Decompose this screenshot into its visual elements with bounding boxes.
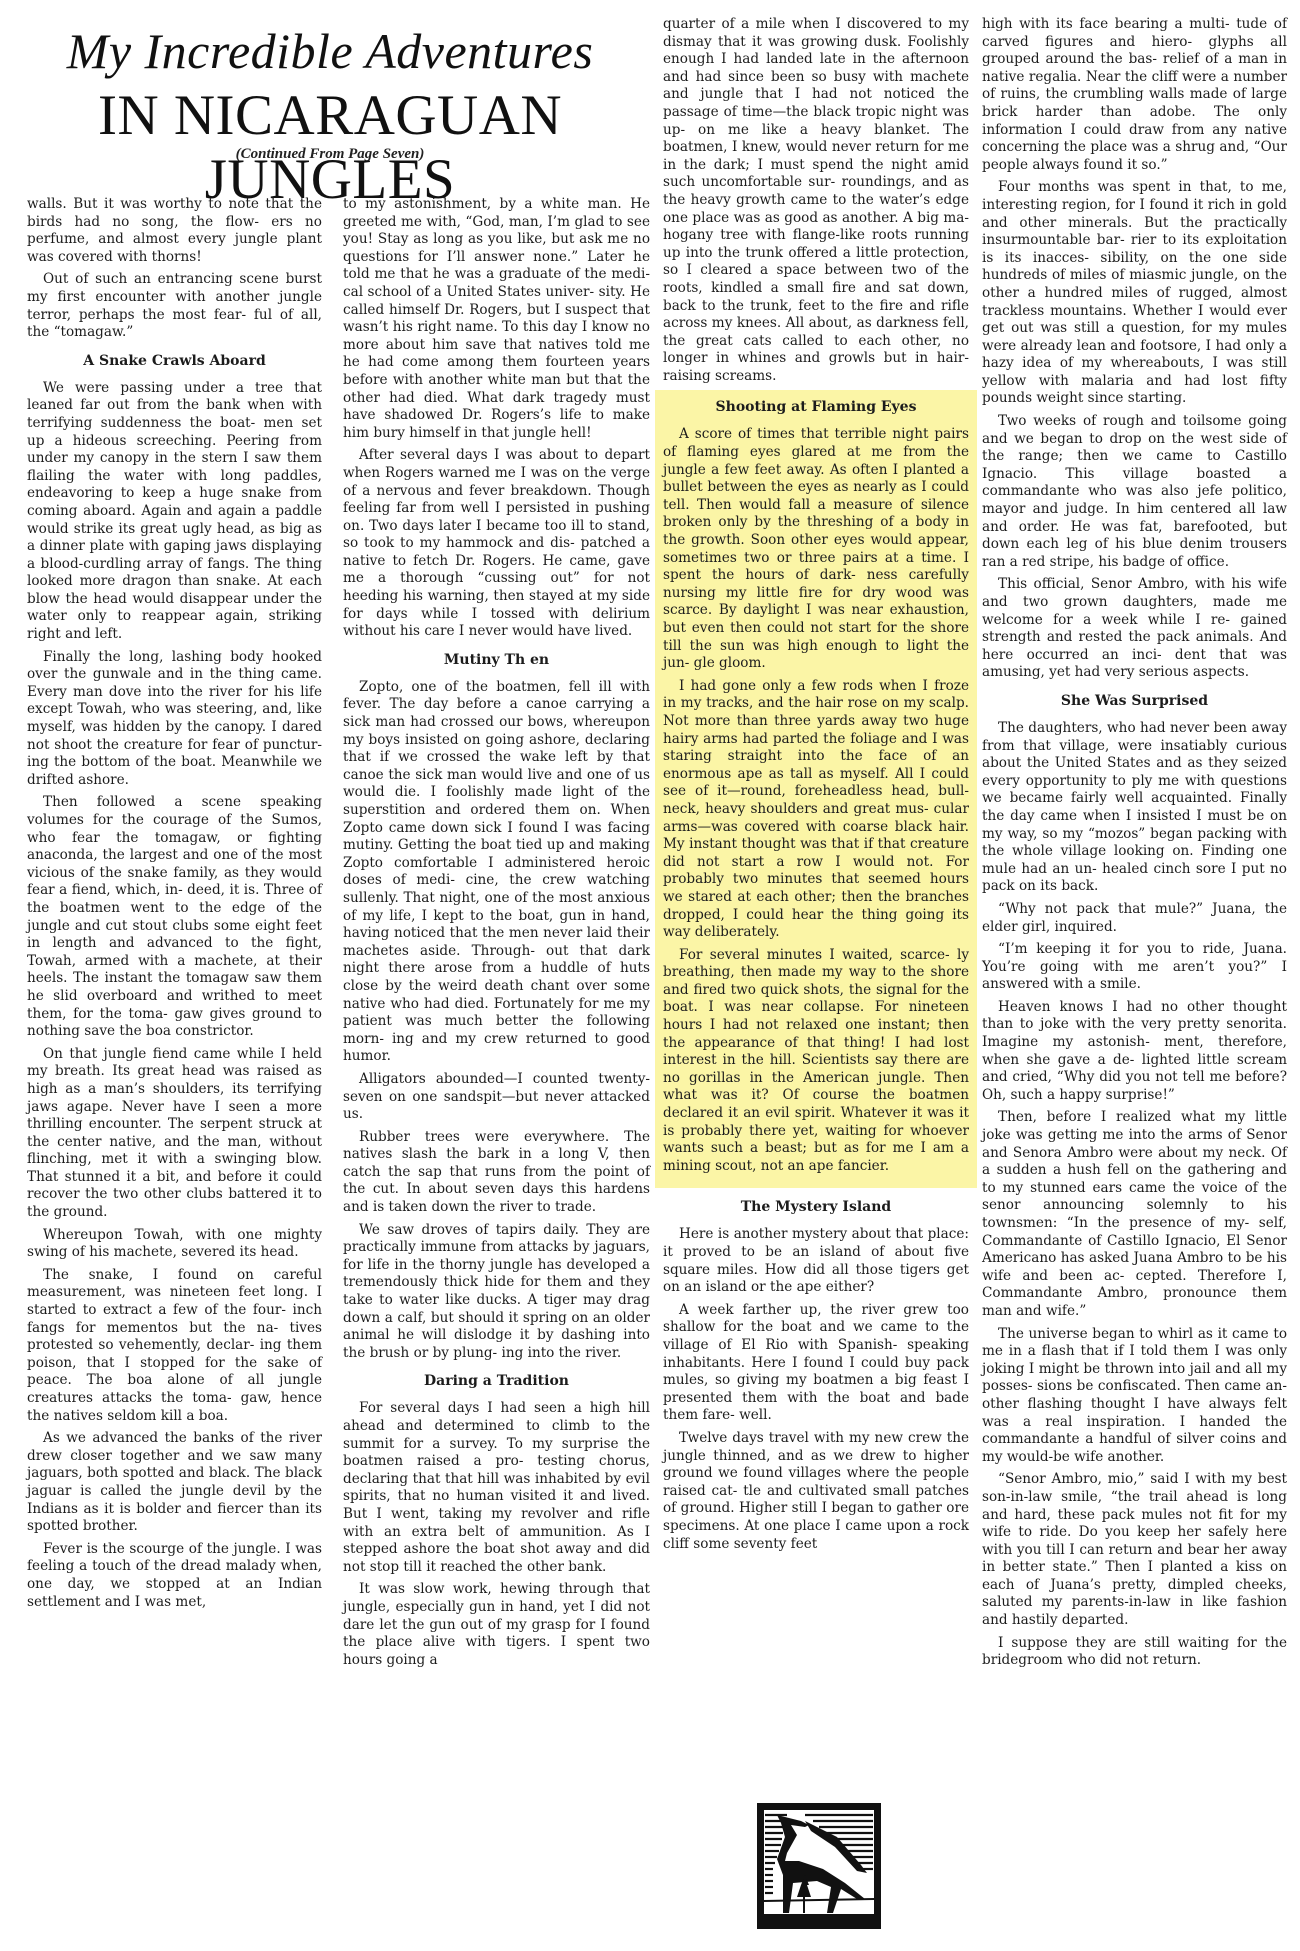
paragraph: Then followed a scene speaking volumes f… — [27, 794, 322, 1040]
paragraph: Finally the long, lashing body hooked ov… — [27, 649, 322, 790]
paragraph: walls. But it was worthy to note that th… — [27, 196, 322, 266]
paragraph: The universe began to whirl as it came t… — [982, 1326, 1287, 1467]
continued-from-note: (Continued From Page Seven) — [0, 144, 660, 164]
paragraph: Zopto, one of the boatmen, fell ill with… — [343, 679, 650, 1066]
highlighted-passage: Shooting at Flaming Eyes A score of time… — [655, 390, 977, 1188]
subheading-she-was-surprised: She Was Surprised — [982, 692, 1287, 710]
paragraph: Heaven knows I had no other thought than… — [982, 999, 1287, 1105]
antelope-woodcut-illustration — [757, 1803, 881, 1929]
subheading-daring-a-tradition: Daring a Tradition — [343, 1372, 650, 1390]
column-2: to my astonishment, by a white man. He g… — [343, 196, 650, 1674]
paragraph: “Why not pack that mule?” Juana, the eld… — [982, 901, 1287, 936]
subheading-mutiny: Mutiny Th en — [343, 651, 650, 669]
paragraph: Out of such an entrancing scene burst my… — [27, 271, 322, 341]
paragraph: We saw droves of tapirs daily. They are … — [343, 1222, 650, 1363]
paragraph: Here is another mystery about that place… — [663, 1226, 969, 1296]
paragraph: Whereupon Towah, with one mighty swing o… — [27, 1227, 322, 1262]
paragraph: “I’m keeping it for you to ride, Juana. … — [982, 941, 1287, 994]
paragraph: Rubber trees were everywhere. The native… — [343, 1129, 650, 1217]
paragraph: A week farther up, the river grew too sh… — [663, 1302, 969, 1425]
paragraph: This official, Senor Ambro, with his wif… — [982, 576, 1287, 682]
paragraph: quarter of a mile when I discovered to m… — [663, 16, 969, 385]
paragraph: We were passing under a tree that leaned… — [27, 380, 322, 644]
column-3: quarter of a mile when I discovered to m… — [663, 16, 969, 1558]
paragraph: to my astonishment, by a white man. He g… — [343, 196, 650, 442]
paragraph: For several minutes I waited, scarce- ly… — [663, 947, 969, 1176]
paragraph: As we advanced the banks of the river dr… — [27, 1430, 322, 1536]
paragraph: After several days I was about to depart… — [343, 447, 650, 641]
paragraph: For several days I had seen a high hill … — [343, 1400, 650, 1576]
paragraph: Two weeks of rough and toilsome going an… — [982, 413, 1287, 571]
paragraph: A score of times that terrible night pai… — [663, 426, 969, 672]
paragraph: Alligators abounded—I counted twenty-sev… — [343, 1071, 650, 1124]
paragraph: high with its face bearing a multi- tude… — [982, 16, 1287, 174]
subheading-mystery-island: The Mystery Island — [663, 1198, 969, 1216]
headline-kicker: My Incredible Adventures — [0, 22, 660, 80]
paragraph: It was slow work, hewing through that ju… — [343, 1581, 650, 1669]
paragraph: Four months was spent in that, to me, in… — [982, 179, 1287, 408]
paragraph: I suppose they are still waiting for the… — [982, 1635, 1287, 1670]
paragraph: Fever is the scourge of the jungle. I wa… — [27, 1541, 322, 1611]
antelope-icon — [757, 1803, 881, 1929]
paragraph: “Senor Ambro, mio,” said I with my best … — [982, 1471, 1287, 1629]
paragraph: The daughters, who had never been away f… — [982, 720, 1287, 896]
column-1: walls. But it was worthy to note that th… — [27, 196, 322, 1616]
paragraph: Then, before I realized what my little j… — [982, 1109, 1287, 1320]
subheading-shooting-at-flaming-eyes: Shooting at Flaming Eyes — [663, 398, 969, 416]
column-4: high with its face bearing a multi- tude… — [982, 16, 1287, 1675]
paragraph: The snake, I found on careful measuremen… — [27, 1267, 322, 1425]
paragraph: On that jungle fiend came while I held m… — [27, 1046, 322, 1222]
subheading-snake-crawls-aboard: A Snake Crawls Aboard — [27, 352, 322, 370]
paragraph: I had gone only a few rods when I froze … — [663, 678, 969, 942]
paragraph: Twelve days travel with my new crew the … — [663, 1430, 969, 1553]
